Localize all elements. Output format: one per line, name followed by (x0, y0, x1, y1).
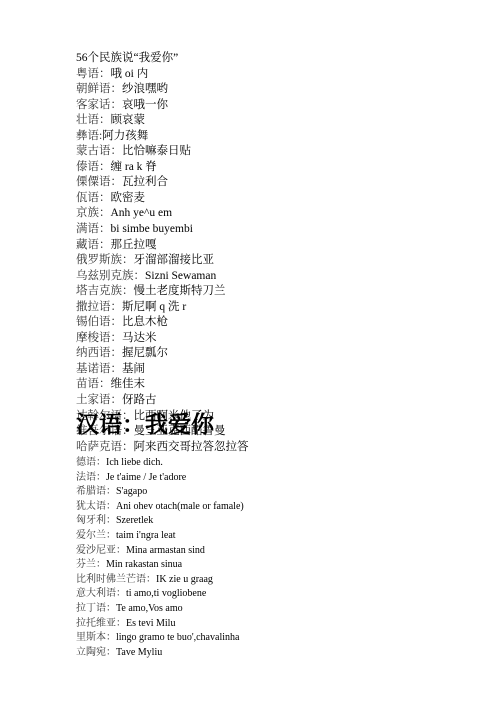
list-item: 匈牙利：Szeretlek (76, 514, 244, 529)
list-item: 拉托维亚：Es tevi Milu (76, 617, 244, 632)
list-item: 傈僳语：瓦拉利合 (76, 175, 249, 191)
love-phrase: Anh ye^u em (111, 207, 173, 219)
list-item: 拉丁语：Te amo,Vos amo (76, 602, 244, 617)
love-phrase: taim i'ngra leat (116, 530, 176, 541)
language-label: 撒拉语： (76, 301, 122, 313)
list-item: 意大利语：ti amo,ti vogliobene (76, 587, 244, 602)
section-foreign-languages: 德语：Ich liebe dich.法语：Je t'aime / Je t'ad… (76, 456, 244, 660)
list-item: 满语：bi simbe buyembi (76, 222, 249, 238)
language-label: 客家话： (76, 99, 122, 111)
language-label: 苗语： (76, 378, 111, 390)
love-phrase: 基闹 (122, 363, 145, 375)
love-phrase: 马达米 (122, 332, 157, 344)
language-label: 傈僳语： (76, 176, 122, 188)
language-label: 俄罗斯族： (76, 254, 134, 266)
love-phrase: Es tevi Milu (126, 618, 175, 629)
language-label: 蒙古语： (76, 145, 122, 157)
language-label: 纳西语： (76, 347, 122, 359)
list-item: 京族：Anh ye^u em (76, 206, 249, 222)
section-ethnic-languages: 56个民族说“我爱你” 粤语：哦 oi 内朝鲜语：纱浪嘿哟客家话：哀哦一你壮语：… (76, 51, 249, 455)
list-item: 粤语：哦 oi 内 (76, 67, 249, 83)
chinese-heading: 汉语：我爱你 (76, 410, 214, 440)
list-item: 芬兰：Min rakastan sinua (76, 558, 244, 573)
list-item: 乌兹别克族：Sizni Sewaman (76, 269, 249, 285)
love-phrase: 欧密麦 (111, 192, 146, 204)
love-phrase: Ani ohev otach(male or famale) (116, 501, 244, 512)
love-phrase: 维佳末 (111, 378, 146, 390)
list-item: 客家话：哀哦一你 (76, 98, 249, 114)
language-label: 匈牙利： (76, 515, 116, 526)
love-phrase: Szeretlek (116, 515, 153, 526)
list-item: 里斯本：lingo gramo te buo',chavalinha (76, 631, 244, 646)
list-item: 纳西语：握尼瓢尔 (76, 346, 249, 362)
language-label: 法语： (76, 472, 106, 483)
language-label: 壮语： (76, 114, 111, 126)
language-label: 爱沙尼亚： (76, 545, 126, 556)
love-phrase: Mina armastan sind (126, 545, 205, 556)
document-title: 56个民族说“我爱你” (76, 51, 249, 67)
language-label: 希腊语： (76, 486, 116, 497)
love-phrase: IK zie u graag (156, 574, 213, 585)
language-label: 比利时佛兰芒语： (76, 574, 156, 585)
list-item: 比利时佛兰芒语：IK zie u graag (76, 573, 244, 588)
list-item: 苗语：维佳末 (76, 377, 249, 393)
love-phrase: Ich liebe dich. (106, 457, 163, 468)
list-item: 朝鲜语：纱浪嘿哟 (76, 82, 249, 98)
love-phrase: Tave Myliu (116, 647, 162, 658)
list-item: 彝语:阿力孩舞 (76, 129, 249, 145)
language-label: 拉丁语： (76, 603, 116, 614)
list-item: 法语：Je t'aime / Je t'adore (76, 471, 244, 486)
list-item: 摩梭语：马达米 (76, 331, 249, 347)
love-phrase: 瓦拉利合 (122, 176, 168, 188)
language-label: 粤语： (76, 68, 111, 80)
language-label: 乌兹别克族： (76, 270, 145, 282)
love-phrase: 慢土老度斯特刀兰 (134, 285, 226, 297)
language-label: 佤语： (76, 192, 111, 204)
love-phrase: Sizni Sewaman (145, 270, 216, 282)
list-item: 锡伯语：比息木枪 (76, 315, 249, 331)
list-item: 佤语：欧密麦 (76, 191, 249, 207)
language-label: 彝语: (76, 130, 102, 142)
language-label: 塔吉克族： (76, 285, 134, 297)
love-phrase: 伢路古 (122, 394, 157, 406)
language-label: 爱尔兰： (76, 530, 116, 541)
love-phrase: S'agapo (116, 486, 147, 497)
love-phrase: 顾哀蒙 (111, 114, 146, 126)
language-label: 拉托维亚： (76, 618, 126, 629)
list-item: 犹太语：Ani ohev otach(male or famale) (76, 500, 244, 515)
list-item: 爱沙尼亚：Mina armastan sind (76, 544, 244, 559)
language-label: 土家语： (76, 394, 122, 406)
list-item: 立陶宛：Tave Myliu (76, 646, 244, 661)
language-label: 锡伯语： (76, 316, 122, 328)
list-item: 希腊语：S'agapo (76, 485, 244, 500)
list-item: 基诺语：基闹 (76, 362, 249, 378)
love-phrase: 哀哦一你 (122, 99, 168, 111)
language-label: 摩梭语： (76, 332, 122, 344)
love-phrase: 缠 ra k 脊 (111, 161, 157, 173)
love-phrase: Min rakastan sinua (106, 559, 182, 570)
list-item: 藏语：那丘拉嘎 (76, 238, 249, 254)
love-phrase: ti amo,ti vogliobene (126, 588, 206, 599)
love-phrase: 纱浪嘿哟 (122, 83, 168, 95)
love-phrase: 牙溜部溜接比亚 (134, 254, 215, 266)
language-label: 藏语： (76, 239, 111, 251)
love-phrase: 那丘拉嘎 (111, 239, 157, 251)
love-phrase: 比恰嘛泰日贴 (122, 145, 191, 157)
language-label: 基诺语： (76, 363, 122, 375)
language-label: 德语： (76, 457, 106, 468)
language-label: 傣语： (76, 161, 111, 173)
list-item: 土家语：伢路古 (76, 393, 249, 409)
love-phrase: Te amo,Vos amo (116, 603, 183, 614)
list-item: 壮语：顾哀蒙 (76, 113, 249, 129)
love-phrase: 阿力孩舞 (102, 130, 148, 142)
love-phrase: lingo gramo te buo',chavalinha (116, 632, 239, 643)
list-item: 德语：Ich liebe dich. (76, 456, 244, 471)
love-phrase: 握尼瓢尔 (122, 347, 168, 359)
language-label: 立陶宛： (76, 647, 116, 658)
language-label: 芬兰： (76, 559, 106, 570)
love-phrase: 哦 oi 内 (111, 68, 149, 80)
love-phrase: 斯尼啊 q 洗 r (122, 301, 186, 313)
language-label: 满语： (76, 223, 111, 235)
language-label: 京族： (76, 207, 111, 219)
list-item: 俄罗斯族：牙溜部溜接比亚 (76, 253, 249, 269)
list-item: 撒拉语：斯尼啊 q 洗 r (76, 300, 249, 316)
love-phrase: bi simbe buyembi (111, 223, 193, 235)
love-phrase: Je t'aime / Je t'adore (106, 472, 186, 483)
list-item: 蒙古语：比恰嘛泰日贴 (76, 144, 249, 160)
list-item: 傣语：缠 ra k 脊 (76, 160, 249, 176)
language-label: 意大利语： (76, 588, 126, 599)
love-phrase: 阿来西交哥拉答忽拉答 (134, 441, 249, 453)
language-label: 哈萨克语： (76, 441, 134, 453)
list-item: 塔吉克族：慢土老度斯特刀兰 (76, 284, 249, 300)
language-label: 朝鲜语： (76, 83, 122, 95)
list-item: 爱尔兰：taim i'ngra leat (76, 529, 244, 544)
love-phrase: 比息木枪 (122, 316, 168, 328)
language-label: 犹太语： (76, 501, 116, 512)
list-item: 哈萨克语：阿来西交哥拉答忽拉答 (76, 440, 249, 456)
language-label: 里斯本： (76, 632, 116, 643)
